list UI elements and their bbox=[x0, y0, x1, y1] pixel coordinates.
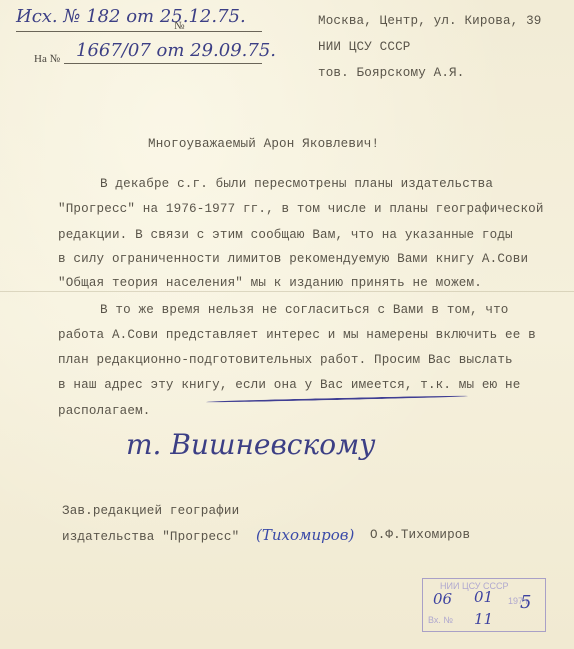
stamp-number: 11 bbox=[474, 610, 493, 628]
addressee-line-1: Москва, Центр, ул. Кирова, 39 bbox=[318, 14, 542, 28]
outgoing-ref-line bbox=[16, 31, 262, 32]
stamp-day: 06 bbox=[433, 590, 452, 608]
body-p2-line-1: В то же время нельзя не согласиться с Ва… bbox=[100, 303, 509, 317]
reply-to-handwritten: 1667/07 от 29.09.75. bbox=[76, 40, 276, 61]
salutation: Многоуважаемый Арон Яковлевич! bbox=[148, 137, 379, 151]
body-p1-line-2: "Прогресс" на 1976-1977 гг., в том числе… bbox=[58, 202, 544, 216]
body-p1-line-4: в силу ограниченности лимитов рекомендуе… bbox=[58, 252, 528, 266]
body-p2-line-3: план редакционно-подготовительных работ.… bbox=[58, 353, 513, 367]
outgoing-ref-handwritten: Исх. № 182 от 25.12.75. bbox=[16, 6, 246, 27]
handwritten-signature: (Тихомиров) bbox=[256, 526, 354, 544]
signature-title-line-2: издательства "Прогресс" bbox=[62, 530, 239, 544]
reply-to-label: На № bbox=[34, 53, 60, 65]
body-p2-line-4: в наш адрес эту книгу, если она у Вас им… bbox=[58, 378, 520, 392]
paper-fold-line bbox=[0, 291, 574, 292]
body-p1-line-1: В декабре с.г. были пересмотрены планы и… bbox=[100, 177, 493, 191]
body-p2-line-5: располагаем. bbox=[58, 404, 151, 418]
addressee-line-2: НИИ ЦСУ СССР bbox=[318, 40, 411, 54]
body-p1-line-3: редакции. В связи с этим сообщаю Вам, чт… bbox=[58, 228, 513, 242]
annotation-handwritten: т. Вишневскому bbox=[126, 428, 376, 461]
stamp-year-handwritten: 5 bbox=[520, 592, 531, 613]
addressee-line-3: тов. Боярскому А.Я. bbox=[318, 66, 464, 80]
body-p2-line-2: работа А.Сови представляет интерес и мы … bbox=[58, 328, 536, 342]
signature-title-line-1: Зав.редакцией географии bbox=[62, 504, 239, 518]
stamp-number-label: Вх. № bbox=[428, 615, 453, 625]
signatory-name: О.Ф.Тихомиров bbox=[370, 528, 470, 542]
letter-paper bbox=[0, 0, 574, 649]
body-p1-line-5: "Общая теория населения" мы к изданию пр… bbox=[58, 276, 482, 290]
stamp-month: 01 bbox=[474, 588, 493, 606]
reply-to-line bbox=[64, 63, 262, 64]
